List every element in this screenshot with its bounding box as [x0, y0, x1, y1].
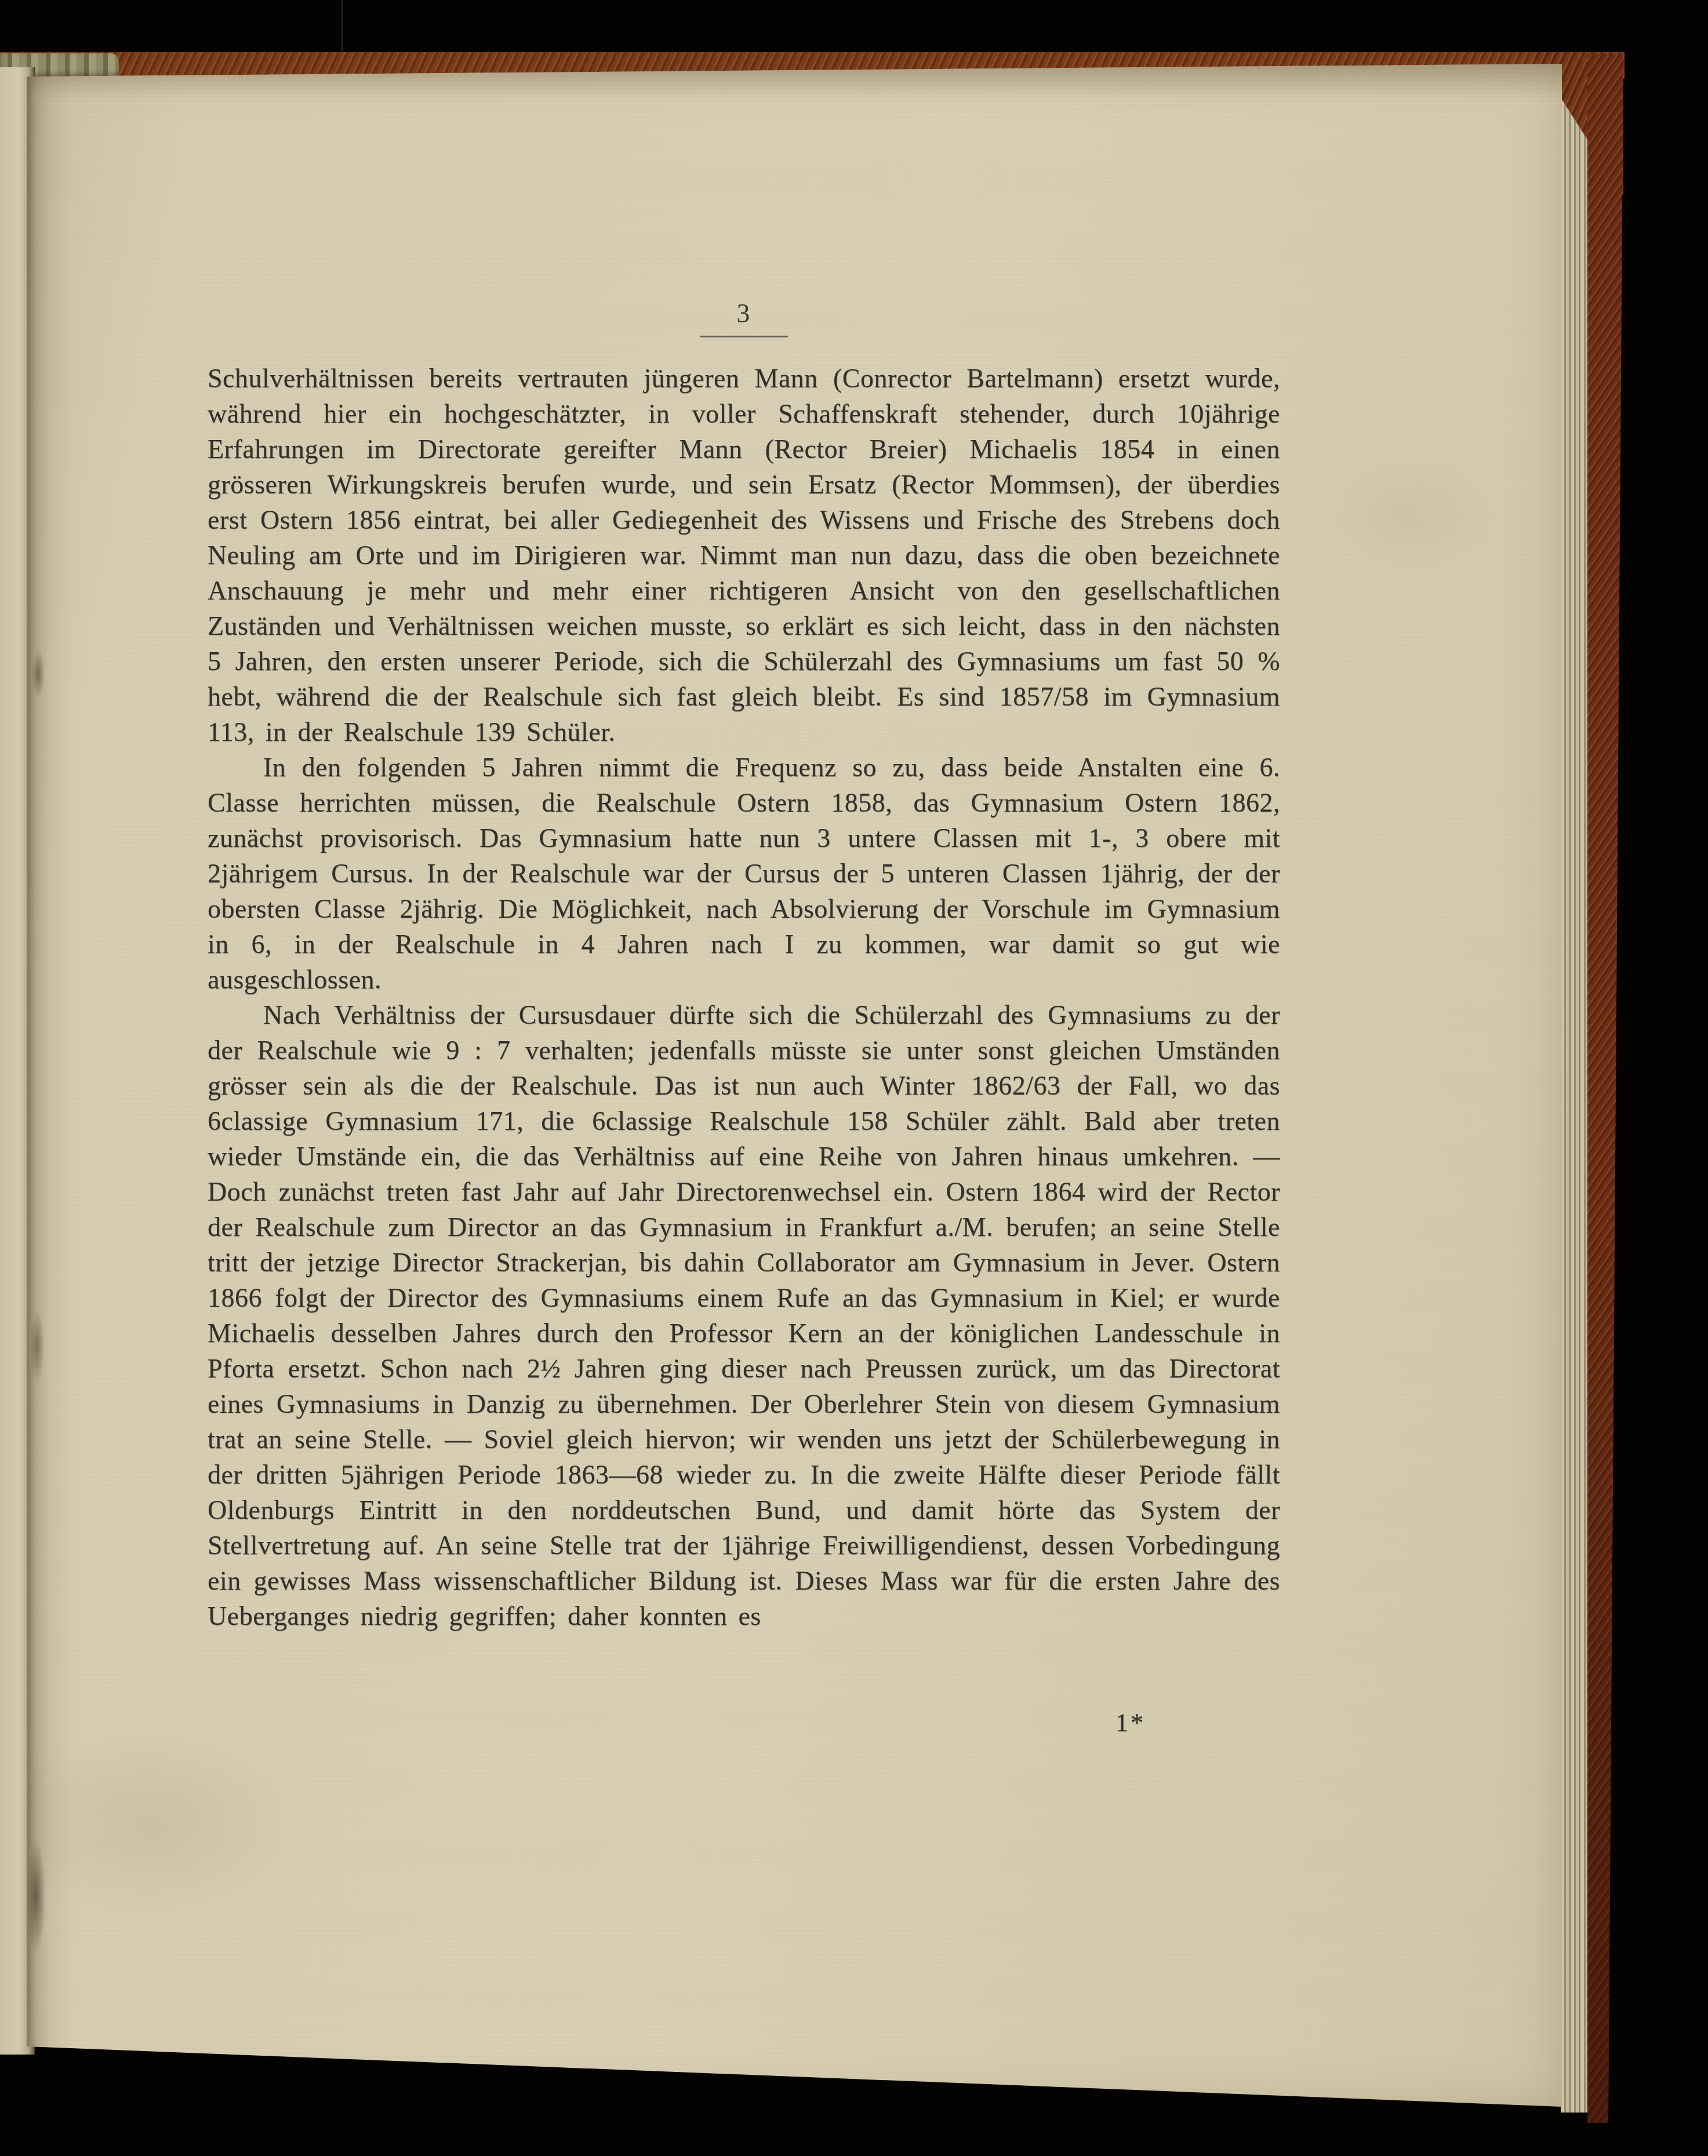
paragraph: Schulverhältnissen bereits vertrauten jü… — [208, 361, 1280, 750]
paragraph: Nach Verhältniss der Cursusdauer dürfte … — [208, 997, 1280, 1634]
book-page: 3 Schulverhältnissen bereits vertrauten … — [27, 64, 1562, 2110]
page-number-rule — [700, 336, 788, 337]
page-stack-edges — [1561, 61, 1589, 2113]
book-cover-right-edge — [1587, 54, 1623, 2123]
text-block: Schulverhältnissen bereits vertrauten jü… — [208, 361, 1280, 1634]
page-number: 3 — [737, 299, 751, 328]
page-header: 3 — [208, 298, 1280, 337]
thread-mark — [341, 0, 343, 54]
paragraph: In den folgenden 5 Jahren nimmt die Freq… — [208, 750, 1280, 997]
scanned-book-photo: 3 Schulverhältnissen bereits vertrauten … — [0, 0, 1708, 2156]
signature-mark: 1* — [1115, 1708, 1146, 1737]
